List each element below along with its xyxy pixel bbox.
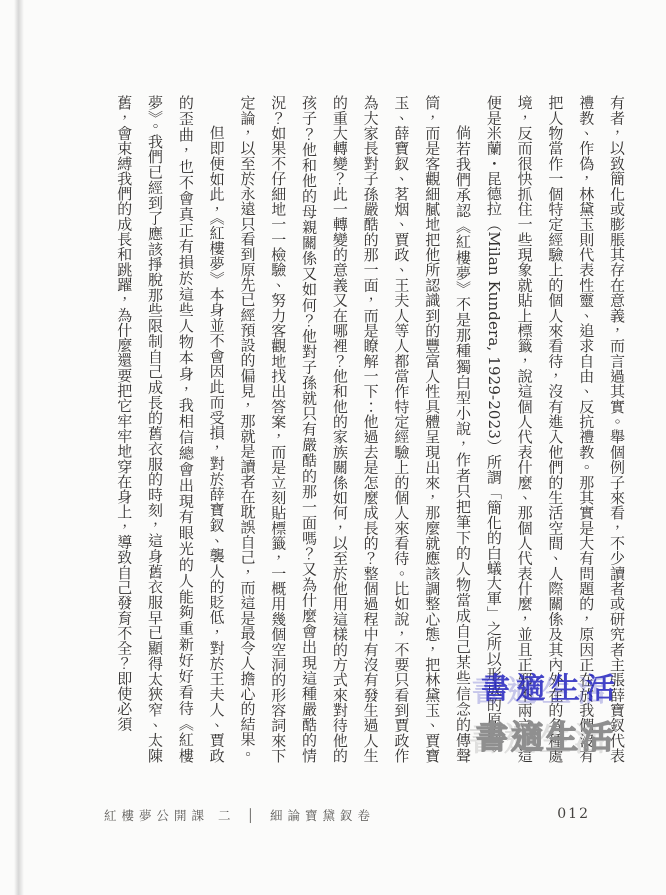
- footer-separator: │: [244, 808, 261, 823]
- footer-book-title: 紅樓夢公開課 二: [104, 808, 235, 823]
- body-text: 有者，以致簡化或膨脹其存在意義，而言過其實。舉個例子來看，不少讀者或研究者主張薛…: [74, 95, 632, 763]
- footer-section-title: 細論寶黛釵卷: [270, 808, 375, 823]
- scan-edge-shadow: [14, 0, 24, 895]
- paragraph-2: 倘若我們承認《紅樓夢》不是那種獨白型小說，作者只把筆下的人物當成自己某些信念的傳…: [232, 95, 478, 763]
- page-number: 012: [557, 806, 590, 822]
- paragraph-3: 但即便如此，《紅樓夢》本身並不會因此而受損，對於薛寶釵、襲人的貶低，對於王夫人、…: [108, 95, 231, 763]
- paragraph-continuation: 有者，以致簡化或膨脹其存在意義，而言過其實。舉個例子來看，不少讀者或研究者主張薛…: [478, 95, 632, 763]
- footer-running-title: 紅樓夢公開課 二 │ 細論寶黛釵卷: [104, 806, 375, 824]
- book-page-scan: 有者，以致簡化或膨脹其存在意義，而言過其實。舉個例子來看，不少讀者或研究者主張薛…: [0, 0, 666, 895]
- footer: 紅樓夢公開課 二 │ 細論寶黛釵卷 012: [0, 806, 666, 832]
